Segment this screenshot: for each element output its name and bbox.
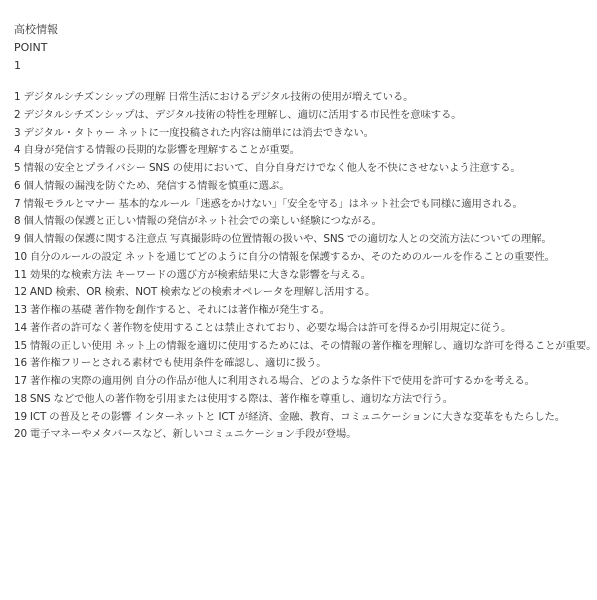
item-number: 18 (14, 393, 27, 405)
item-number: 13 (14, 304, 27, 316)
item-text: 著作者の許可なく著作物を使用することは禁止されており、必要な場合は許可を得るか引… (30, 322, 511, 334)
item-text: 情報の安全とプライバシー SNS の使用において、自分自身だけでなく他人を不快に… (23, 162, 520, 174)
item-text: 個人情報の漏洩を防ぐため、発信する情報を慎重に選ぶ。 (23, 180, 289, 192)
item-number: 15 (14, 340, 27, 352)
list-item: 6個人情報の漏洩を防ぐため、発信する情報を慎重に選ぶ。 (14, 178, 591, 196)
list-item: 12AND 検索、OR 検索、NOT 検索などの検索オペレータを理解し活用する。 (14, 284, 591, 302)
list-item: 14著作者の許可なく著作物を使用することは禁止されており、必要な場合は許可を得る… (14, 320, 591, 338)
list-item: 11効果的な検索方法 キーワードの選び方が検索結果に大きな影響を与える。 (14, 267, 591, 285)
section-label: POINT (14, 39, 591, 57)
list-item: 1デジタルシチズンシップの理解 日常生活におけるデジタル技術の使用が増えている。 (14, 89, 591, 107)
item-text: 自身が発信する情報の長期的な影響を理解することが重要。 (23, 144, 300, 156)
item-text: 効果的な検索方法 キーワードの選び方が検索結果に大きな影響を与える。 (30, 269, 371, 281)
item-number: 10 (14, 251, 27, 263)
list-item: 8個人情報の保護と正しい情報の発信がネット社会での楽しい経験につながる。 (14, 213, 591, 231)
item-number: 9 (14, 233, 20, 245)
list-item: 4自身が発信する情報の長期的な影響を理解することが重要。 (14, 142, 591, 160)
item-text: 情報の正しい使用 ネット上の情報を適切に使用するためには、その情報の著作権を理解… (30, 340, 596, 352)
list-item: 19ICT の普及とその影響 インターネットと ICT が経済、金融、教育、コミ… (14, 409, 591, 427)
item-number: 17 (14, 375, 27, 387)
item-number: 20 (14, 428, 27, 440)
item-text: 著作権の実際の適用例 自分の作品が他人に利用される場合、どのような条件下で使用を… (30, 375, 535, 387)
item-number: 7 (14, 198, 20, 210)
item-number: 2 (14, 109, 20, 121)
list-item: 18SNS などで他人の著作物を引用または使用する際は、著作権を尊重し、適切な方… (14, 391, 591, 409)
item-text: 著作権フリーとされる素材でも使用条件を確認し、適切に扱う。 (30, 357, 327, 369)
item-number: 5 (14, 162, 20, 174)
list-item: 20電子マネーやメタバースなど、新しいコミュニケーション手段が登場。 (14, 426, 591, 444)
item-text: SNS などで他人の著作物を引用または使用する際は、著作権を尊重し、適切な方法で… (30, 393, 453, 405)
list-item: 3デジタル・タトゥー ネットに一度投稿された内容は簡単には消去できない。 (14, 125, 591, 143)
item-text: 個人情報の保護に関する注意点 写真撮影時の位置情報の扱いや、SNS での適切な人… (23, 233, 551, 245)
item-text: 著作権の基礎 著作物を創作すると、それには著作権が発生する。 (30, 304, 330, 316)
item-number: 1 (14, 91, 20, 103)
item-text: ICT の普及とその影響 インターネットと ICT が経済、金融、教育、コミュニ… (30, 411, 565, 423)
section-number: 1 (14, 57, 591, 75)
item-number: 12 (14, 286, 27, 298)
list-item: 5情報の安全とプライバシー SNS の使用において、自分自身だけでなく他人を不快… (14, 160, 591, 178)
item-number: 11 (14, 269, 27, 281)
item-text: デジタルシチズンシップは、デジタル技術の特性を理解し、適切に活用する市民性を意味… (23, 109, 461, 121)
item-text: デジタル・タトゥー ネットに一度投稿された内容は簡単には消去できない。 (23, 127, 373, 139)
item-number: 16 (14, 357, 27, 369)
item-text: 情報モラルとマナー 基本的なルール「迷惑をかけない」「安全を守る」はネット社会で… (23, 198, 522, 210)
list-item: 9個人情報の保護に関する注意点 写真撮影時の位置情報の扱いや、SNS での適切な… (14, 231, 591, 249)
item-number: 8 (14, 215, 20, 227)
list-item: 15情報の正しい使用 ネット上の情報を適切に使用するためには、その情報の著作権を… (14, 338, 591, 356)
item-number: 14 (14, 322, 27, 334)
point-list: 1デジタルシチズンシップの理解 日常生活におけるデジタル技術の使用が増えている。… (14, 89, 591, 444)
subject-title: 高校情報 (14, 21, 591, 39)
list-item: 2デジタルシチズンシップは、デジタル技術の特性を理解し、適切に活用する市民性を意… (14, 107, 591, 125)
list-item: 17著作権の実際の適用例 自分の作品が他人に利用される場合、どのような条件下で使… (14, 373, 591, 391)
item-number: 6 (14, 180, 20, 192)
spacer (14, 75, 591, 89)
document-page: 高校情報 POINT 1 1デジタルシチズンシップの理解 日常生活におけるデジタ… (14, 21, 591, 444)
item-number: 19 (14, 411, 27, 423)
item-text: 電子マネーやメタバースなど、新しいコミュニケーション手段が登場。 (30, 428, 356, 440)
item-text: デジタルシチズンシップの理解 日常生活におけるデジタル技術の使用が増えている。 (23, 91, 413, 103)
item-number: 4 (14, 144, 20, 156)
item-text: 個人情報の保護と正しい情報の発信がネット社会での楽しい経験につながる。 (23, 215, 381, 227)
list-item: 16著作権フリーとされる素材でも使用条件を確認し、適切に扱う。 (14, 355, 591, 373)
list-item: 13著作権の基礎 著作物を創作すると、それには著作権が発生する。 (14, 302, 591, 320)
item-text: 自分のルールの設定 ネットを通じてどのように自分の情報を保護するか、そのためのル… (30, 251, 555, 263)
item-text: AND 検索、OR 検索、NOT 検索などの検索オペレータを理解し活用する。 (30, 286, 375, 298)
list-item: 7情報モラルとマナー 基本的なルール「迷惑をかけない」「安全を守る」はネット社会… (14, 196, 591, 214)
list-item: 10自分のルールの設定 ネットを通じてどのように自分の情報を保護するか、そのため… (14, 249, 591, 267)
item-number: 3 (14, 127, 20, 139)
